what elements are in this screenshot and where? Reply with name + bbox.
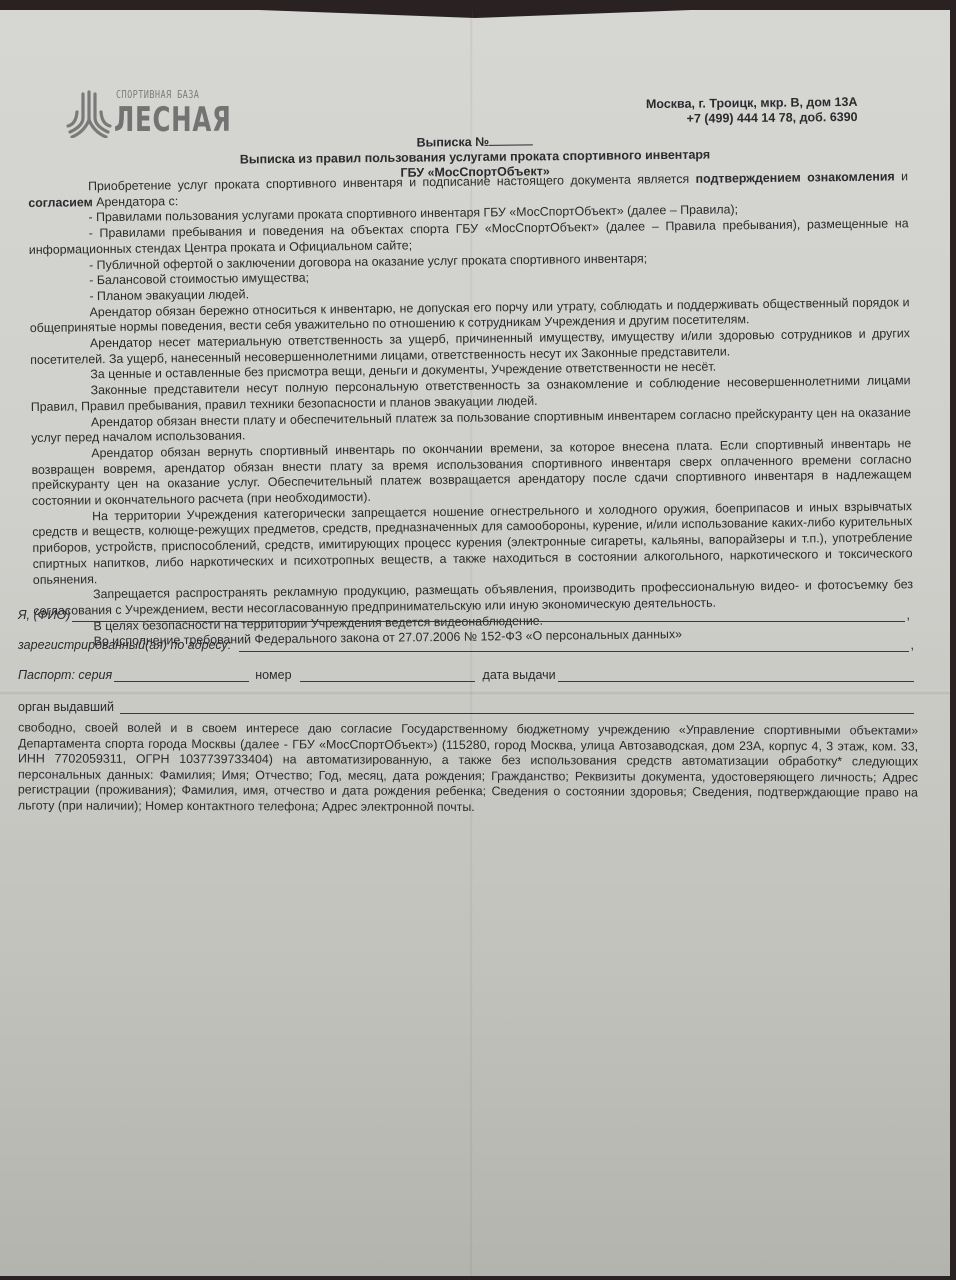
fio-label: Я, (ФИО) [18,608,70,622]
contact-block: Москва, г. Троицк, мкр. В, дом 13А +7 (4… [646,95,858,127]
consent-paragraph: свободно, своей волей и в своем интересе… [18,720,918,817]
issuer-field[interactable] [120,701,914,714]
consent-text: свободно, своей волей и в своем интересе… [18,720,918,817]
fio-row: Я, (ФИО) , [18,608,910,622]
issue-date-label: дата выдачи [483,668,556,682]
rules-paragraph: На территории Учреждения категорически з… [32,499,913,588]
intro-mid: и [895,169,909,183]
fio-field[interactable] [72,609,904,622]
issue-date-field[interactable] [558,669,914,682]
passport-number-label: номер [255,668,291,682]
paper-fold-horizontal [0,690,950,696]
rules-paragraph: Арендатор обязан вернуть спортивный инве… [31,436,912,510]
logo-name: ЛЕСНАЯ [114,100,232,140]
intro-end: Арендатора с: [93,194,179,209]
issuer-row: орган выдавший [18,700,916,714]
passport-row: Паспорт: серия номер дата выдачи [18,668,916,682]
passport-series-field[interactable] [114,669,249,682]
passport-series-label: Паспорт: серия [18,668,112,682]
passport-number-field[interactable] [300,669,475,682]
address-label: зарегистрированный(ая) по адресу: [18,638,231,652]
contact-phone: +7 (499) 444 14 78, доб. 6390 [646,110,858,127]
issuer-label: орган выдавший [18,700,114,714]
intro-bold-1: подтверждением ознакомления [696,169,895,185]
extract-number-label: Выписка № [417,135,490,150]
address-field[interactable] [239,639,908,652]
forest-tree-logo-icon [66,90,112,138]
document-paper: СПОРТИВНАЯ БАЗА ЛЕСНАЯ Москва, г. Троицк… [0,10,950,1276]
extract-number-blank [489,133,533,145]
logo: СПОРТИВНАЯ БАЗА ЛЕСНАЯ [66,82,226,144]
address-row: зарегистрированный(ая) по адресу: , [18,638,914,652]
rules-text: Приобретение услуг проката спортивного и… [28,169,914,651]
intro-bold-2: согласием [28,195,93,210]
